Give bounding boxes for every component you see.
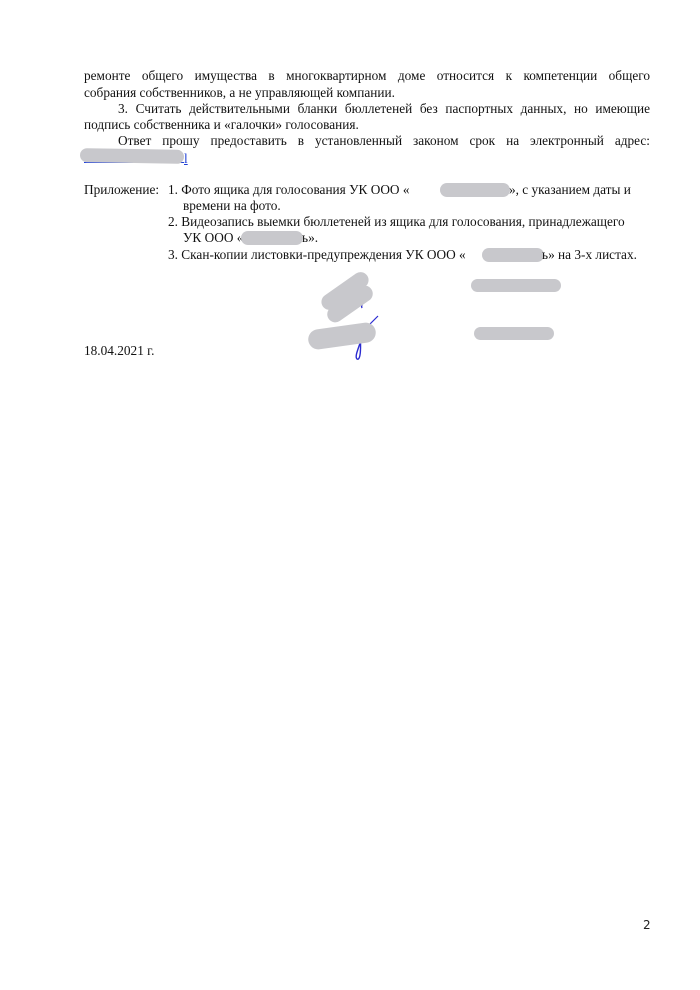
redaction-name-2 [474,327,554,340]
redaction-company-1 [440,183,510,197]
paragraph-1-line-2: собрания собственников, а не управляющей… [84,85,395,102]
attachment-item-3-post: ь» на 3-х листах. [542,247,637,264]
email-link-tail[interactable]: l [184,151,188,166]
document-date: 18.04.2021 г. [84,343,154,360]
redaction-company-2 [241,231,303,245]
paragraph-2-line-2: подпись собственника и «галочки» голосов… [84,117,359,134]
attachment-item-2-line-1: 2. Видеозапись выемки бюллетеней из ящик… [168,214,625,231]
attachment-item-3: 3. Скан-копии листовки-предупреждения УК… [168,247,466,264]
attachment-item-1-line-1-post: », с указанием даты и [509,182,631,199]
attachment-item-1-line-1-pre: 1. Фото ящика для голосования УК ООО « [168,182,410,199]
attachments-label: Приложение: [84,182,159,199]
redaction-name-1 [471,279,561,292]
redaction-email [80,148,184,164]
attachment-item-2-line-2-post: ь». [302,230,318,247]
paragraph-3-line-1: Ответ прошу предоставить в установленный… [118,133,650,150]
document-page: ремонте общего имущества в многоквартирн… [0,0,700,990]
paragraph-1-line-1: ремонте общего имущества в многоквартирн… [84,68,650,85]
paragraph-2-line-1: 3. Считать действительными бланки бюллет… [118,101,650,118]
page-number: 2 [643,918,651,932]
redaction-company-3 [482,248,544,262]
attachment-item-1-line-2: времени на фото. [183,198,281,215]
attachment-item-2-line-2-pre: УК ООО « [183,230,243,247]
